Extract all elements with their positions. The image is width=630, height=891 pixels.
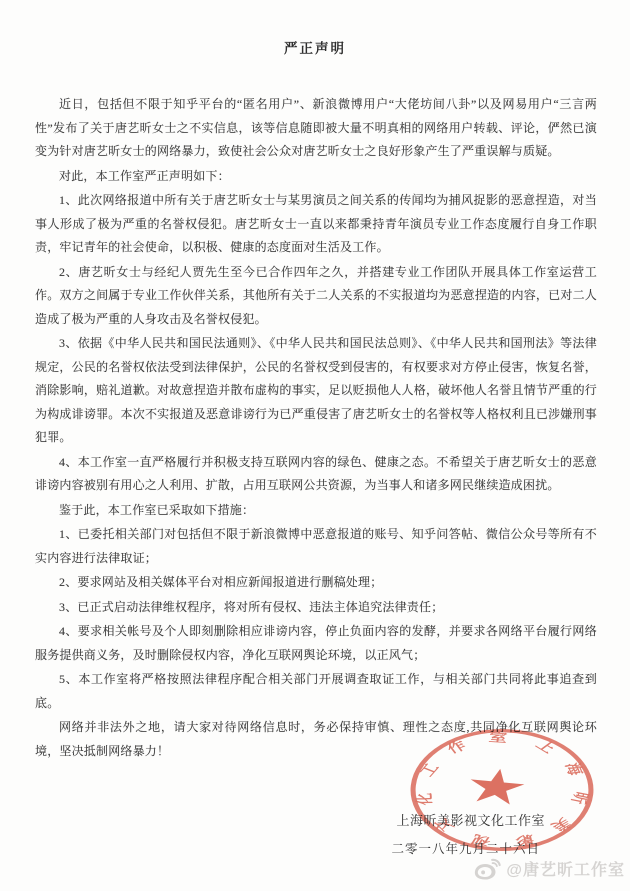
paragraph: 1、已委托相关部门对包括但不限于新浪微博中恶意报道的账号、知乎问答帖、微信公众号… xyxy=(35,523,597,570)
paragraph: 3、依据《中华人民共和国民法通则》、《中华人民共和国民法总则》、《中华人民共和国… xyxy=(35,332,597,450)
paragraph: 近日，包括但不限于知乎平台的“匿名用户”、新浪微博用户“大佬坊间八卦”以及网易用… xyxy=(35,93,597,164)
weibo-watermark: @唐艺昕工作室 xyxy=(474,857,625,880)
signature-name: 上海昕美影视文化工作室 xyxy=(0,810,545,829)
seal-graphic: 上海昕美影视文化工作室 ★ xyxy=(406,726,598,854)
paragraph: 3、已正式启动法律维权程序，将对所有侵权、违法主体追究法律责任； xyxy=(35,596,597,620)
paragraph: 4、本工作室一直严格履行并积极支持互联网内容的绿色、健康之态。不希望关于唐艺昕女… xyxy=(35,451,597,498)
document-page: 严正声明 近日，包括但不限于知乎平台的“匿名用户”、新浪微博用户“大佬坊间八卦”… xyxy=(0,0,630,891)
watermark-text: @唐艺昕工作室 xyxy=(506,857,625,880)
document-body: 近日，包括但不限于知乎平台的“匿名用户”、新浪微博用户“大佬坊间八卦”以及网易用… xyxy=(0,93,630,763)
document-title: 严正声明 xyxy=(0,37,630,57)
official-seal: 上海昕美影视文化工作室 ★ xyxy=(406,726,598,854)
paragraph: 2、唐艺昕女士与经纪人贾先生至今已合作四年之久，并搭建专业工作团队开展具体工作室… xyxy=(35,261,597,332)
paragraph: 2、要求网站及相关媒体平台对相应新闻报道进行删稿处理； xyxy=(35,571,597,595)
paragraph: 对此，本工作室严正声明如下： xyxy=(35,165,597,189)
paragraph: 1、此次网络报道中所有关于唐艺昕女士与某男演员之间关系的传闻均为捕风捉影的恶意捏… xyxy=(35,189,597,260)
weibo-icon xyxy=(474,858,501,880)
paragraph: 4、要求相关帐号及个人即刻删除相应诽谤内容，停止负面内容的发酵，并要求各网络平台… xyxy=(35,620,597,667)
paragraph: 鉴于此，本工作室已采取如下措施： xyxy=(35,499,597,523)
seal-star-icon: ★ xyxy=(459,759,533,817)
signature-date: 二零一八年九月二十六日 xyxy=(0,839,540,857)
paragraph: 5、本工作室将严格按照法律程序配合相关部门开展调查取证工作，与相关部门共同将此事… xyxy=(35,668,597,715)
